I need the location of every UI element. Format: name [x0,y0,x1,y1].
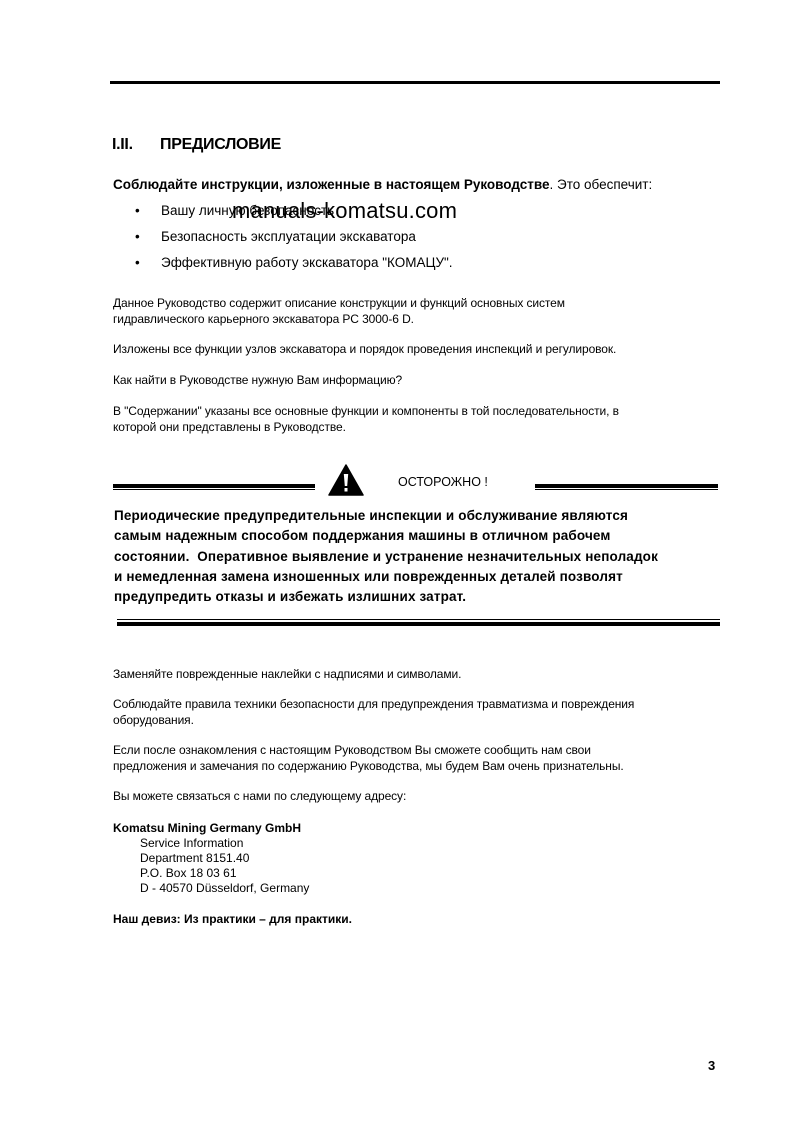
intro-sentence: Соблюдайте инструкции, изложенные в наст… [113,177,652,192]
address-line: D - 40570 Düsseldorf, Germany [140,881,309,895]
paragraph: Вы можете связаться с нами по следующему… [113,789,406,805]
page-number: 3 [708,1058,715,1073]
caution-rule-right [535,484,718,490]
section-heading: I.II.ПРЕДИСЛОВИЕ [112,136,281,154]
bullet-icon: • [135,229,161,244]
section-title: ПРЕДИСЛОВИЕ [160,136,281,153]
intro-bold: Соблюдайте инструкции, изложенные в наст… [113,177,550,192]
warning-triangle-icon [328,464,364,496]
motto: Наш девиз: Из практики – для практики. [113,912,352,926]
paragraph: Заменяйте поврежденные наклейки с надпис… [113,667,461,683]
caution-label: ОСТОРОЖНО ! [398,475,488,489]
paragraph: Как найти в Руководстве нужную Вам инфор… [113,373,402,389]
bullet-icon: • [135,255,161,270]
paragraph: Изложены все функции узлов экскаватора и… [113,342,616,358]
bullet-item: •Безопасность эксплуатации экскаватора [135,229,416,244]
caution-text: Периодические предупредительные инспекци… [114,506,658,607]
paragraph: Данное Руководство содержит описание кон… [113,296,565,327]
caution-rule-left [113,484,315,490]
section-number: I.II. [112,136,160,154]
caution-bottom-rule [117,619,720,626]
bullet-icon: • [135,203,161,218]
paragraph: Если после ознакомления с настоящим Руко… [113,743,624,774]
bullet-item: •Эффективную работу экскаватора "КОМАЦУ"… [135,255,453,270]
address-line: P.O. Box 18 03 61 [140,866,237,880]
address-company: Komatsu Mining Germany GmbH [113,821,301,835]
header-rule [110,81,720,84]
address-line: Department 8151.40 [140,851,249,865]
intro-rest: . Это обеспечит: [550,177,653,192]
paragraph: Соблюдайте правила техники безопасности … [113,697,634,728]
address-line: Service Information [140,836,243,850]
paragraph: В "Содержании" указаны все основные функ… [113,404,619,435]
watermark: manuals-komatsu.com [232,198,457,224]
